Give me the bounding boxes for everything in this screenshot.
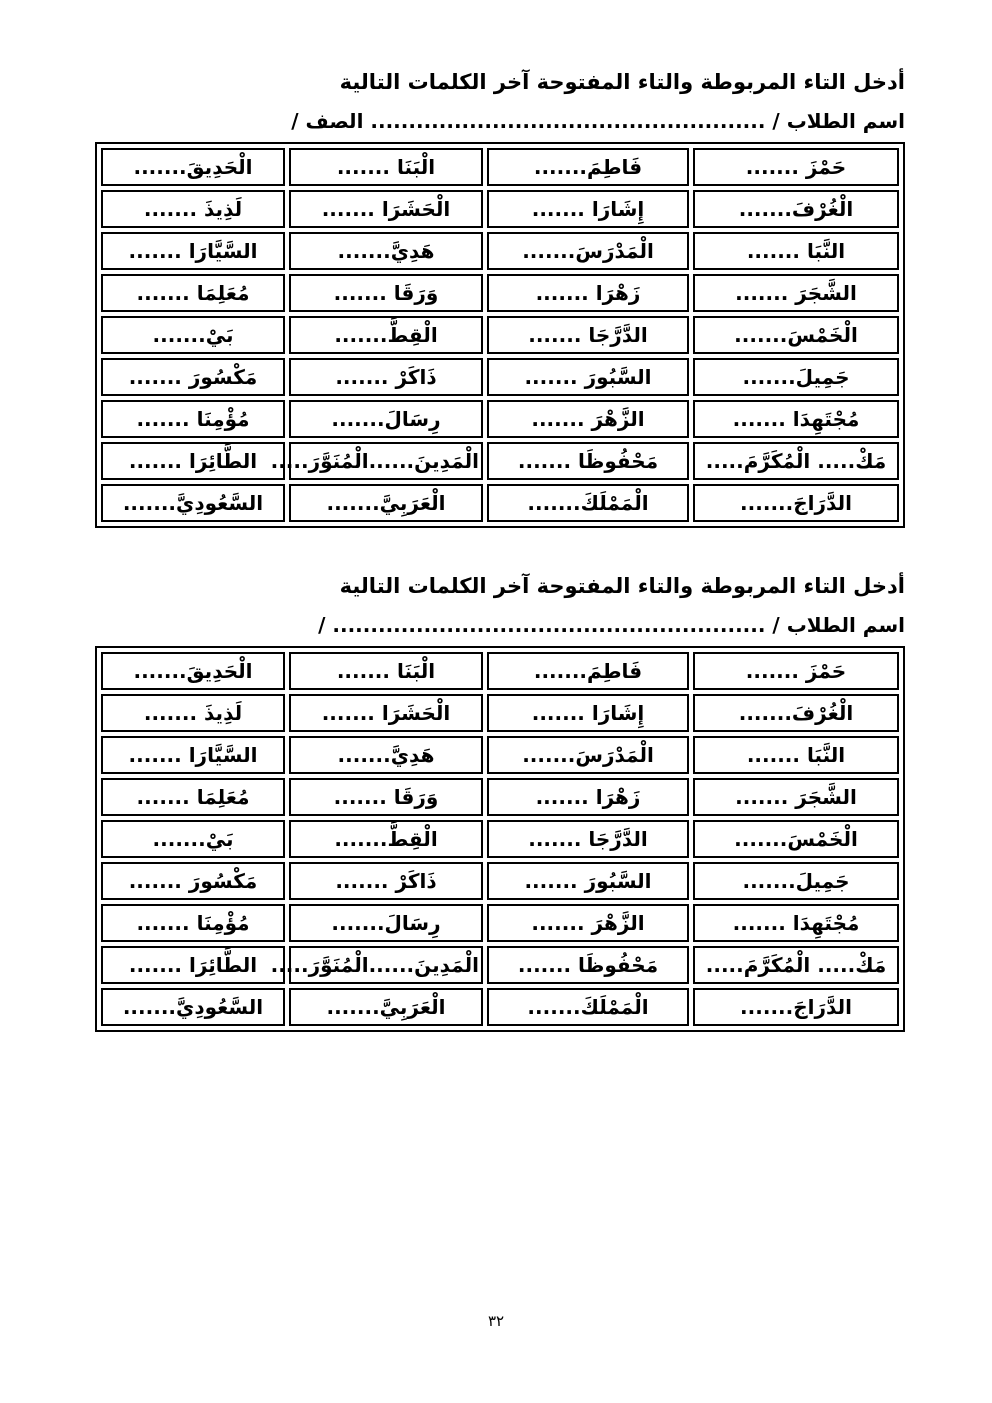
section-1-title: أدخل التاء المربوطة والتاء المفتوحة آخر … xyxy=(95,66,905,98)
table-cell: السَّيَّارَا ....... xyxy=(101,232,285,270)
table-cell: الْمَدِينَ......الْمُنَوَّرَ..... xyxy=(289,442,483,480)
table-cell: مَكْسُورَ ....... xyxy=(101,358,285,396)
worksheet-page: أدخل التاء المربوطة والتاء المفتوحة آخر … xyxy=(0,0,992,1403)
table-cell: الدَّرَّجَا ....... xyxy=(487,820,689,858)
table-cell: وَرَقَا ....... xyxy=(289,778,483,816)
table-cell: الْحَشَرَا ....... xyxy=(289,190,483,228)
table-cell: مُؤْمِنَا ....... xyxy=(101,904,285,942)
table-cell: رِسَالَ....... xyxy=(289,904,483,942)
table-cell: النَّبَا ....... xyxy=(693,736,899,774)
table-cell: الْغُرْفَ....... xyxy=(693,694,899,732)
worksheet-section-2: أدخل التاء المربوطة والتاء المفتوحة آخر … xyxy=(95,570,905,1032)
table-row: الشَّجَرَ ....... زَهْرَا ....... وَرَقَ… xyxy=(101,274,899,312)
table-cell: الْحَدِيقَ....... xyxy=(101,148,285,186)
table-cell: مَحْفُوظَا ....... xyxy=(487,442,689,480)
table-row: النَّبَا ....... الْمَدْرَسَ....... هَدِ… xyxy=(101,736,899,774)
table-cell: الزَّهْرَ ....... xyxy=(487,400,689,438)
table-row: حَمْزَ ....... فَاطِمَ....... الْبَنَا .… xyxy=(101,148,899,186)
table-cell: جَمِيلَ....... xyxy=(693,862,899,900)
table-cell: هَدِيَّ....... xyxy=(289,232,483,270)
table-cell: الطَّائِرَا ....... xyxy=(101,442,285,480)
table-cell: النَّبَا ....... xyxy=(693,232,899,270)
table-cell: إِشَارَا ....... xyxy=(487,694,689,732)
section-1-student-name-line: اسم الطلاب / ...........................… xyxy=(95,105,905,137)
table-cell: الشَّجَرَ ....... xyxy=(693,274,899,312)
table-cell: السَّعُودِيَّ....... xyxy=(101,988,285,1026)
section-2-title: أدخل التاء المربوطة والتاء المفتوحة آخر … xyxy=(95,570,905,602)
table-cell: الْقِطَّ....... xyxy=(289,820,483,858)
table-cell: الْبَنَا ....... xyxy=(289,148,483,186)
table-row: النَّبَا ....... الْمَدْرَسَ....... هَدِ… xyxy=(101,232,899,270)
table-cell: هَدِيَّ....... xyxy=(289,736,483,774)
table-cell: مَكْ..... الْمُكَرَّمَ..... xyxy=(693,946,899,984)
words-table-1: حَمْزَ ....... فَاطِمَ....... الْبَنَا .… xyxy=(95,142,905,528)
table-row: مُجْتَهِدَا ....... الزَّهْرَ ....... رِ… xyxy=(101,904,899,942)
table-cell: فَاطِمَ....... xyxy=(487,148,689,186)
table-cell: مَحْفُوظَا ....... xyxy=(487,946,689,984)
table-cell: الْبَنَا ....... xyxy=(289,652,483,690)
table-cell: الزَّهْرَ ....... xyxy=(487,904,689,942)
table-cell: الْعَرَبِيَّ....... xyxy=(289,988,483,1026)
table-row: جَمِيلَ....... السَّبُورَ ....... ذَاكَر… xyxy=(101,862,899,900)
table-cell: الْمَدْرَسَ....... xyxy=(487,232,689,270)
table-cell: الدَّرَاجَ....... xyxy=(693,484,899,522)
table-cell: لَذِيذَ ....... xyxy=(101,694,285,732)
table-cell: مُجْتَهِدَا ....... xyxy=(693,904,899,942)
page-number: ٣٢ xyxy=(0,1312,992,1330)
table-cell: مُجْتَهِدَا ....... xyxy=(693,400,899,438)
table-row: مَكْ..... الْمُكَرَّمَ..... مَحْفُوظَا .… xyxy=(101,946,899,984)
table-row: مُجْتَهِدَا ....... الزَّهْرَ ....... رِ… xyxy=(101,400,899,438)
table-cell: فَاطِمَ....... xyxy=(487,652,689,690)
table-row: حَمْزَ ....... فَاطِمَ....... الْبَنَا .… xyxy=(101,652,899,690)
table-cell: الْحَشَرَا ....... xyxy=(289,694,483,732)
table-cell: الْقِطَّ....... xyxy=(289,316,483,354)
table-cell: مُؤْمِنَا ....... xyxy=(101,400,285,438)
table-row: الدَّرَاجَ....... الْمَمْلَكَ....... الْ… xyxy=(101,484,899,522)
table-cell: الطَّائِرَا ....... xyxy=(101,946,285,984)
table-cell: لَذِيذَ ....... xyxy=(101,190,285,228)
table-cell: الْخَمْسَ....... xyxy=(693,316,899,354)
table-cell: حَمْزَ ....... xyxy=(693,652,899,690)
table-row: مَكْ..... الْمُكَرَّمَ..... مَحْفُوظَا .… xyxy=(101,442,899,480)
table-cell: الْحَدِيقَ....... xyxy=(101,652,285,690)
table-cell: مُعَلِمَا ....... xyxy=(101,778,285,816)
table-cell: بَيْ....... xyxy=(101,820,285,858)
table-cell: زَهْرَا ....... xyxy=(487,274,689,312)
words-table-2: حَمْزَ ....... فَاطِمَ....... الْبَنَا .… xyxy=(95,646,905,1032)
table-cell: جَمِيلَ....... xyxy=(693,358,899,396)
table-cell: وَرَقَا ....... xyxy=(289,274,483,312)
table-cell: السَّيَّارَا ....... xyxy=(101,736,285,774)
table-row: الشَّجَرَ ....... زَهْرَا ....... وَرَقَ… xyxy=(101,778,899,816)
table-cell: الدَّرَّجَا ....... xyxy=(487,316,689,354)
table-cell: مُعَلِمَا ....... xyxy=(101,274,285,312)
table-cell: ذَاكَرْ ....... xyxy=(289,862,483,900)
table-cell: الشَّجَرَ ....... xyxy=(693,778,899,816)
table-cell: رِسَالَ....... xyxy=(289,400,483,438)
table-row: جَمِيلَ....... السَّبُورَ ....... ذَاكَر… xyxy=(101,358,899,396)
table-cell: مَكْسُورَ ....... xyxy=(101,862,285,900)
table-cell: حَمْزَ ....... xyxy=(693,148,899,186)
table-cell: السَّبُورَ ....... xyxy=(487,862,689,900)
table-cell: زَهْرَا ....... xyxy=(487,778,689,816)
table-cell: الدَّرَاجَ....... xyxy=(693,988,899,1026)
table-row: الْغُرْفَ....... إِشَارَا ....... الْحَش… xyxy=(101,694,899,732)
table-cell: السَّبُورَ ....... xyxy=(487,358,689,396)
table-cell: إِشَارَا ....... xyxy=(487,190,689,228)
table-row: الْخَمْسَ....... الدَّرَّجَا ....... الْ… xyxy=(101,316,899,354)
table-row: الْغُرْفَ....... إِشَارَا ....... الْحَش… xyxy=(101,190,899,228)
table-row: الْخَمْسَ....... الدَّرَّجَا ....... الْ… xyxy=(101,820,899,858)
table-cell: السَّعُودِيَّ....... xyxy=(101,484,285,522)
table-cell: مَكْ..... الْمُكَرَّمَ..... xyxy=(693,442,899,480)
table-cell: بَيْ....... xyxy=(101,316,285,354)
table-cell: الْمَدْرَسَ....... xyxy=(487,736,689,774)
table-row: الدَّرَاجَ....... الْمَمْلَكَ....... الْ… xyxy=(101,988,899,1026)
table-cell: الْغُرْفَ....... xyxy=(693,190,899,228)
table-cell: ذَاكَرْ ....... xyxy=(289,358,483,396)
table-cell: الْمَمْلَكَ....... xyxy=(487,988,689,1026)
table-cell: الْخَمْسَ....... xyxy=(693,820,899,858)
section-2-student-name-line: اسم الطلاب / ...........................… xyxy=(95,609,905,641)
table-cell: الْعَرَبِيَّ....... xyxy=(289,484,483,522)
table-cell: الْمَدِينَ......الْمُنَوَّرَ..... xyxy=(289,946,483,984)
worksheet-section-1: أدخل التاء المربوطة والتاء المفتوحة آخر … xyxy=(95,66,905,528)
table-cell: الْمَمْلَكَ....... xyxy=(487,484,689,522)
